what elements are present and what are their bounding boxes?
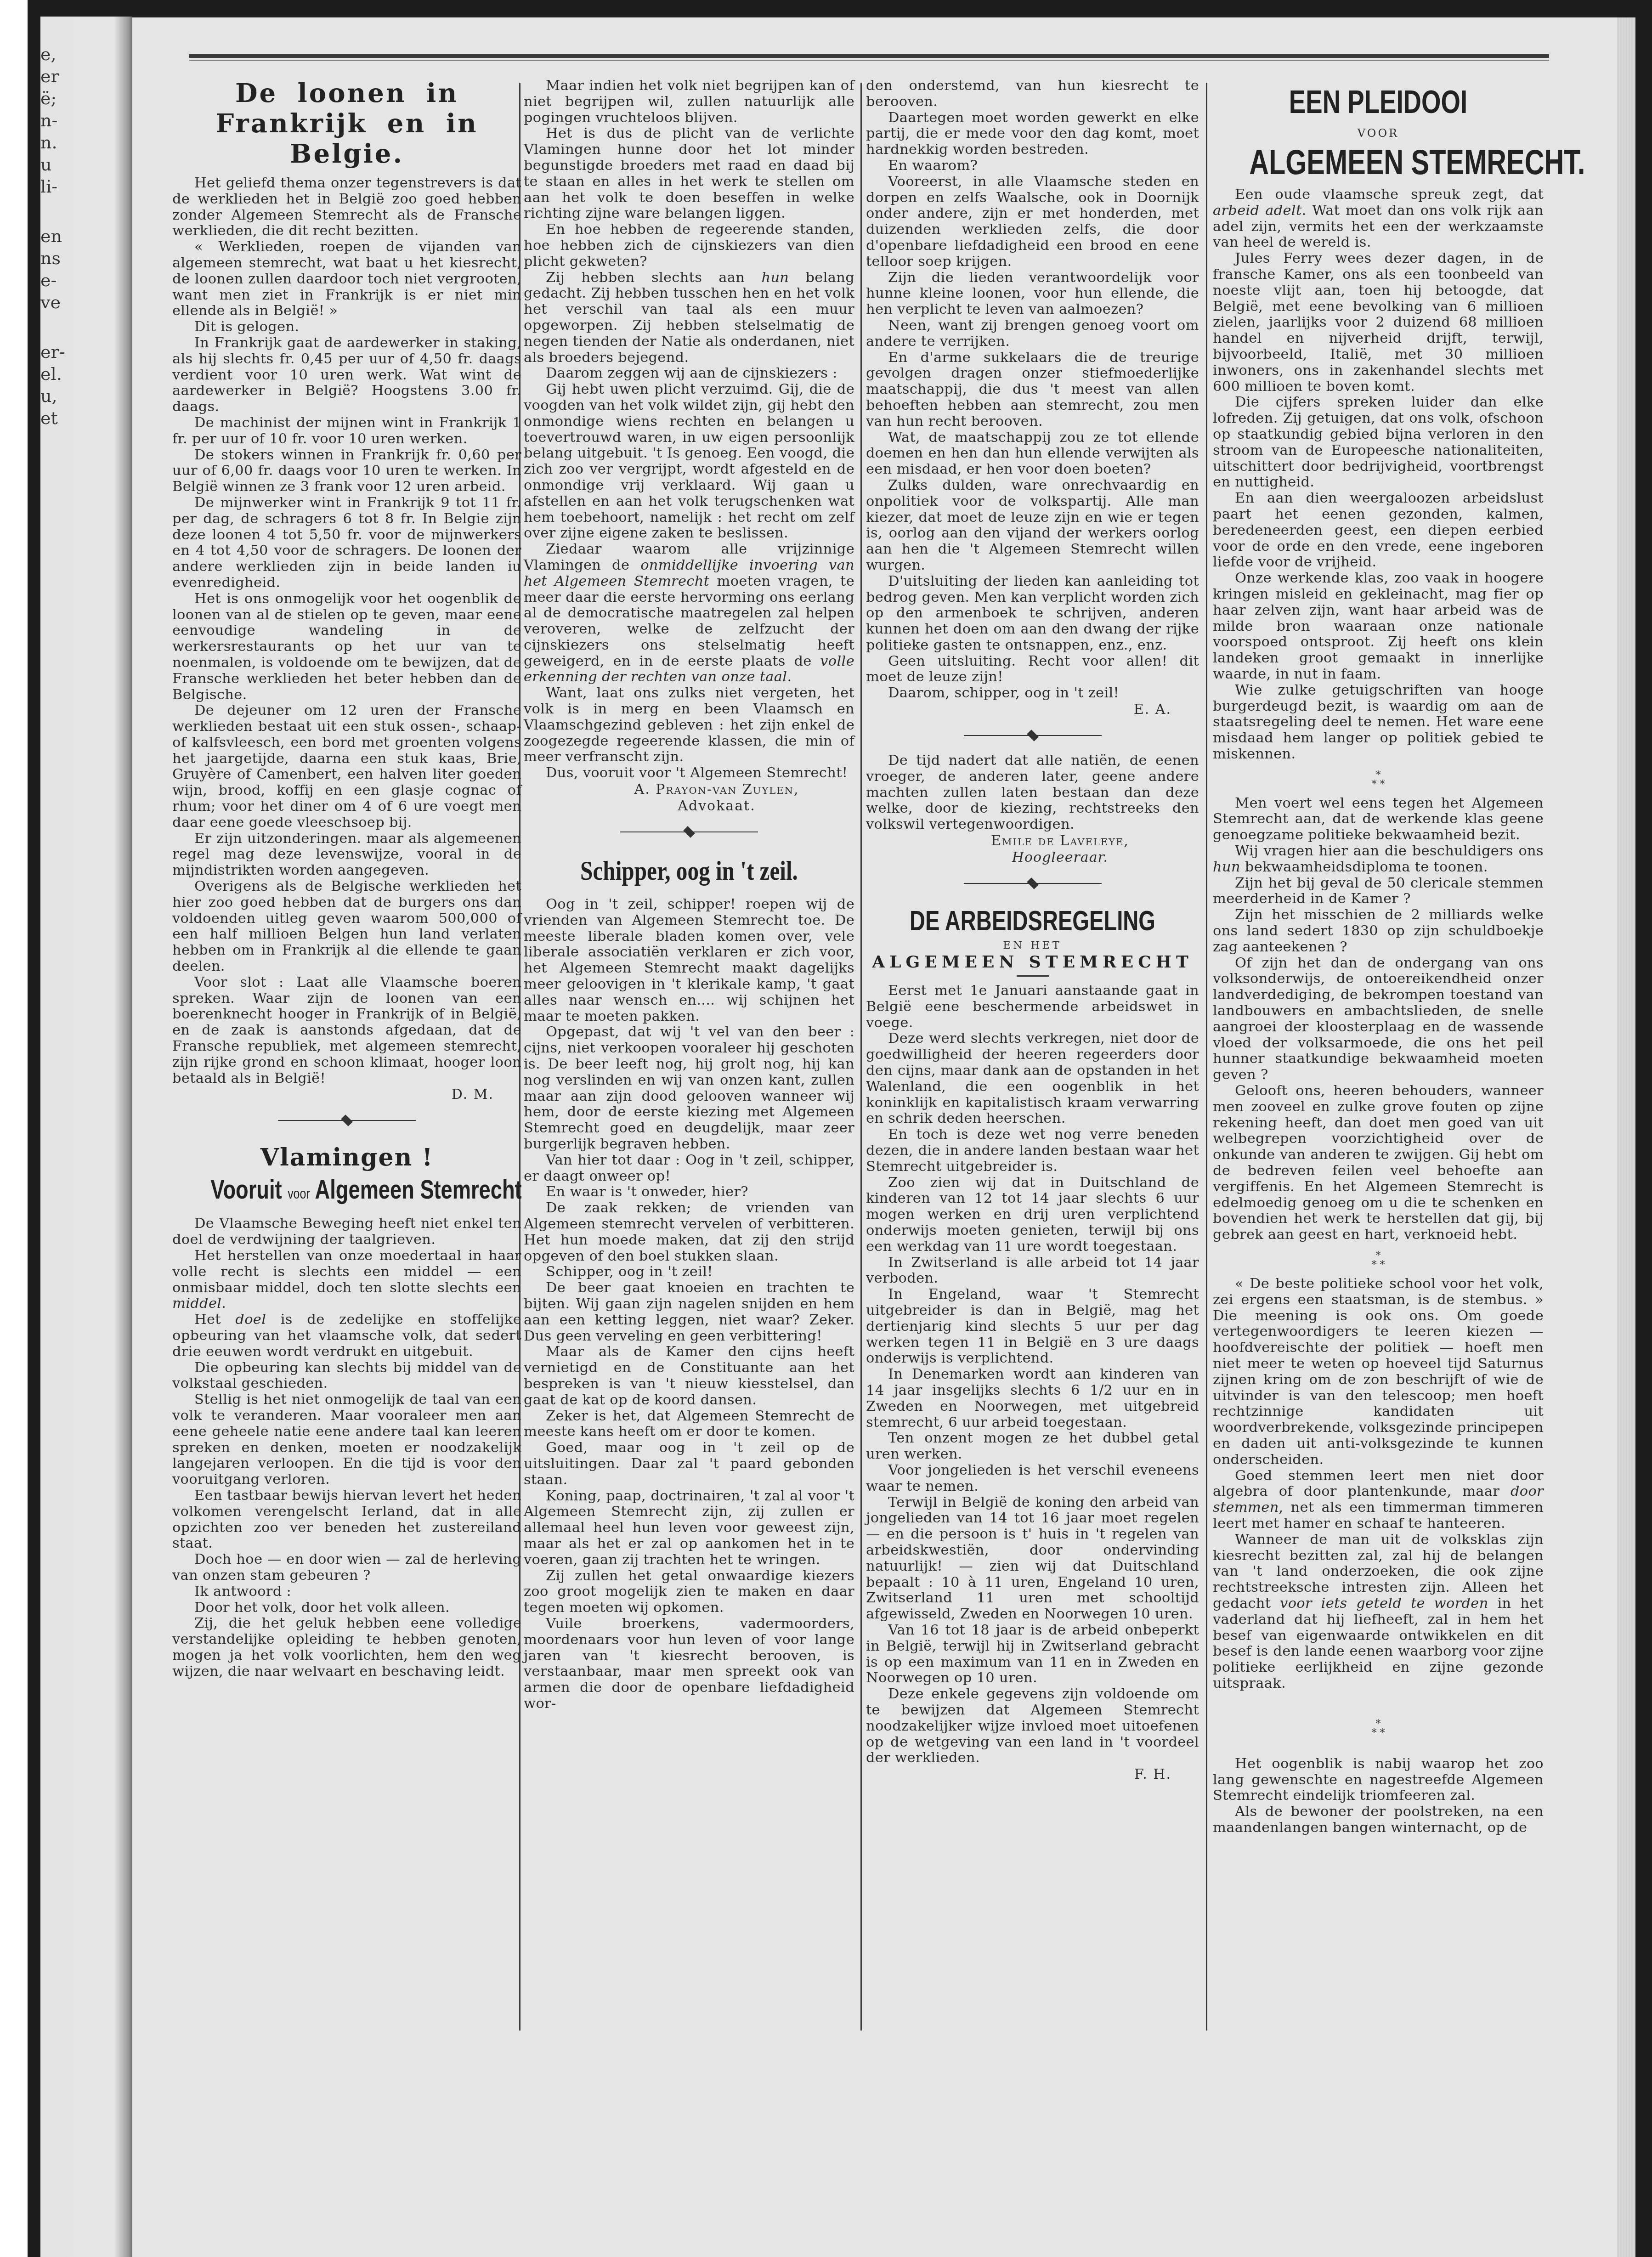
paragraph: Zulks dulden, ware onrechvaardig en onpo… [866, 478, 1199, 574]
paragraph: Gelooft ons, heeren behouders, wanneer m… [1213, 1083, 1544, 1243]
column-4: EEN PLEIDOOI VOOR ALGEMEEN STEMRECHT. Ee… [1213, 78, 1544, 1836]
paragraph: Zij hebben slechts aan hun belang gedach… [524, 270, 854, 366]
article-signature: D. M. [172, 1086, 521, 1103]
paragraph: « De beste politieke school voor het vol… [1213, 1276, 1544, 1468]
page-edge [1617, 17, 1635, 2257]
article-title: DE ARBEIDSREGELING [906, 905, 1159, 937]
column-3: den onderstemd, van hun kiesrecht te ber… [866, 78, 1199, 1783]
previous-page-text: n- [40, 110, 57, 130]
paragraph: De dejeuner om 12 uren der Fransche werk… [172, 703, 521, 831]
article-body: Men voert wel eens tegen het Algemeen St… [1213, 796, 1544, 1243]
article-subtitle-small: VOOR [1213, 127, 1544, 140]
previous-page-text: er [40, 66, 59, 86]
paragraph: Want, laat ons zulks niet vergeten, het … [524, 685, 854, 765]
paragraph: Gij hebt uwen plicht verzuimd. Gij, die … [524, 382, 854, 542]
scan-border [28, 0, 1652, 18]
asterism-divider: ** * [1213, 1720, 1544, 1738]
article-schipper: Schipper, oog in 't zeil. Oog in 't zeil… [524, 855, 854, 1712]
previous-page-text: e, [40, 44, 57, 64]
paragraph: Zeker is het, dat Algemeen Stemrecht de … [524, 1409, 854, 1441]
header-rule [189, 60, 1549, 61]
article-subtitle: ALGEMEEN STEMRECHT. [1249, 142, 1507, 182]
paragraph: Dit is gelogen. [172, 319, 521, 335]
column-divider [860, 83, 862, 2031]
paragraph: Het geliefd thema onzer tegenstrevers is… [172, 175, 521, 239]
paragraph: Onze werkende klas, zoo vaak in hoogere … [1213, 571, 1544, 683]
section-divider-ornament [964, 726, 1102, 745]
previous-page-text: ns [40, 248, 61, 268]
paragraph: Oog in 't zeil, schipper! roepen wij de … [524, 897, 854, 1024]
previous-page-text: n. [40, 132, 57, 153]
paragraph: En hoe hebben de regeerende standen, hoe… [524, 222, 854, 270]
previous-page-text: e- [40, 270, 57, 290]
paragraph: Neen, want zij brengen genoeg voort om a… [866, 318, 1199, 350]
article-body: Het geliefd thema onzer tegenstrevers is… [172, 175, 521, 1086]
article-pleidooi: EEN PLEIDOOI VOOR ALGEMEEN STEMRECHT. Ee… [1213, 84, 1544, 1836]
signature-title: Hoogleeraar. [1012, 849, 1108, 865]
paragraph: Overigens als de Belgische werklieden he… [172, 879, 521, 975]
article-body: De Vlaamsche Beweging heeft niet enkel t… [172, 1216, 521, 1680]
article-body: Maar indien het volk niet begrijpen kan … [524, 78, 854, 781]
article-body: Oog in 't zeil, schipper! roepen wij de … [524, 897, 854, 1712]
article-title: Vooruit voor Algemeen Stemrecht [211, 1174, 483, 1205]
article-subtitle-small: EN HET [866, 940, 1199, 951]
paragraph: Men voert wel eens tegen het Algemeen St… [1213, 796, 1544, 843]
paragraph: Die opbeuring kan slechts bij middel van… [172, 1360, 521, 1392]
paragraph: Zoo zien wij dat in Duitschland de kinde… [866, 1175, 1199, 1255]
paragraph: Het herstellen van onze moedertaal in ha… [172, 1248, 521, 1312]
section-divider-ornament [278, 1111, 416, 1130]
paragraph: De beer gaat knoeien en trachten te bijt… [524, 1280, 854, 1344]
article-body: « De beste politieke school voor het vol… [1213, 1276, 1544, 1692]
previous-page-edge: e,erë;n-n.uli-ennse-veer-el.u,et [40, 17, 132, 2257]
signature-title: Advokaat. [579, 798, 854, 815]
paragraph: Wij vragen hier aan die beschuldigers on… [1213, 843, 1544, 876]
paragraph: Doch hoe — en door wien — zal de herlevi… [172, 1552, 521, 1584]
asterism-divider: ** * [1213, 1251, 1544, 1270]
paragraph: Schipper, oog in 't zeil! [524, 1264, 854, 1280]
article-subtitle: ALGEMEEN STEMRECHT [866, 952, 1199, 972]
paragraph: En waarom? [866, 158, 1199, 174]
signature-name: Emile de Laveleye, [921, 833, 1199, 849]
paragraph: Koning, paap, doctrinairen, 't zal al vo… [524, 1488, 854, 1568]
paragraph: En aan dien weergaloozen arbeidslust paa… [1213, 491, 1544, 571]
paragraph: Daartegen moet worden gewerkt en elke pa… [866, 110, 1199, 158]
quote-text: De tijd nadert dat alle natiën, de eenen… [866, 753, 1199, 833]
title-part: Algemeen Stemrecht [315, 1175, 522, 1205]
article-signature: E. A. [866, 701, 1199, 718]
paragraph: Stellig is het niet onmogelijk de taal v… [172, 1392, 521, 1488]
previous-page-text: ve [40, 292, 61, 312]
article-vlamingen-continued: Maar indien het volk niet begrijpen kan … [524, 78, 854, 815]
paragraph: De Vlaamsche Beweging heeft niet enkel t… [172, 1216, 521, 1248]
paragraph: D'uitsluiting der lieden kan aanleiding … [866, 574, 1199, 654]
paragraph: den onderstemd, van hun kiesrecht te ber… [866, 78, 1199, 110]
scan-border [1635, 0, 1652, 2257]
paragraph: Als de bewoner der poolstreken, na een m… [1213, 1804, 1544, 1836]
scan-border [28, 0, 41, 2257]
paragraph: De machinist der mijnen wint in Frankrij… [172, 415, 521, 447]
article-arbeidsregeling: DE ARBEIDSREGELING EN HET ALGEMEEN STEMR… [866, 905, 1199, 1783]
paragraph: Een oude vlaamsche spreuk zegt, dat arbe… [1213, 187, 1544, 251]
previous-page-text: el. [40, 364, 62, 384]
paragraph: Geen uitsluiting. Recht voor allen! dit … [866, 654, 1199, 686]
article-vlamingen: Vlamingen ! Vooruit voor Algemeen Stemre… [172, 1143, 521, 1680]
paragraph: In Engeland, waar 't Stemrecht uitgebrei… [866, 1287, 1199, 1367]
paragraph: Zijn die lieden verantwoordelijk voor hu… [866, 270, 1199, 318]
paragraph: Het is dus de plicht van de verlichte Vl… [524, 126, 854, 222]
article-schipper-continued: den onderstemd, van hun kiesrecht te ber… [866, 78, 1199, 718]
signature-name: A. Prayon-van Zuylen, [579, 781, 854, 798]
title-part: voor [288, 1185, 310, 1202]
paragraph: Zijn het misschien de 2 milliards welke … [1213, 907, 1544, 955]
previous-page-text: er- [40, 342, 65, 362]
paragraph: Ten onzent mogen ze het dubbel getal ure… [866, 1431, 1199, 1463]
article-body: den onderstemd, van hun kiesrecht te ber… [866, 78, 1199, 701]
article-title: Schipper, oog in 't zeil. [554, 855, 825, 887]
paragraph: Wanneer de man uit de volksklas zijn kie… [1213, 1532, 1544, 1692]
paragraph: Wat, de maatschappij zou ze tot ellende … [866, 430, 1199, 478]
column-divider [1206, 83, 1207, 2031]
paragraph: Het is ons onmogelijk voor het oogenblik… [172, 591, 521, 703]
paragraph: Vooreerst, in alle Vlaamsche steden en d… [866, 174, 1199, 270]
quote-signature: Emile de Laveleye, Hoogleeraar. [866, 833, 1199, 866]
article-body: Een oude vlaamsche spreuk zegt, dat arbe… [1213, 187, 1544, 763]
previous-page-text: u, [40, 386, 57, 406]
paragraph: Een tastbaar bewijs hiervan levert het h… [172, 1488, 521, 1552]
previous-page-text: en [40, 226, 62, 246]
paragraph: De mijnwerker wint in Frankrijk 9 tot 11… [172, 495, 521, 591]
paragraph: En waar is 't onweder, hier? [524, 1184, 854, 1200]
paragraph: In Zwitserland is alle arbeid tot 14 jaa… [866, 1255, 1199, 1287]
paragraph: Die cijfers spreken luider dan elke lofr… [1213, 395, 1544, 491]
paragraph: Vuile broerkens, vadermoorders, moordena… [524, 1616, 854, 1712]
previous-page-text: ë; [40, 88, 57, 108]
paragraph: Daarom, schipper, oog in 't zeil! [866, 685, 1199, 701]
paragraph: Het doel is de zedelijke en stoffelijke … [172, 1312, 521, 1360]
article-body: Eerst met 1e Januari aanstaande gaat in … [866, 983, 1199, 1766]
paragraph: Ziedaar waarom alle vrijzinnige Vlaminge… [524, 542, 854, 685]
paragraph: En d'arme sukkelaars die de treurige gev… [866, 350, 1199, 430]
section-divider-ornament [964, 874, 1102, 893]
paragraph: « Werklieden, roepen de vijanden van alg… [172, 239, 521, 319]
paragraph: Ik antwoord : [172, 1584, 521, 1600]
paragraph: Zij zullen het getal onwaardige kiezers … [524, 1568, 854, 1616]
paragraph: Jules Ferry wees dezer dagen, in de fran… [1213, 251, 1544, 395]
paragraph: Maar als de Kamer den cijns heeft vernie… [524, 1344, 854, 1408]
paragraph: Eerst met 1e Januari aanstaande gaat in … [866, 983, 1199, 1031]
asterism-divider: ** * [1213, 771, 1544, 789]
paragraph: Van 16 tot 18 jaar is de arbeid onbeperk… [866, 1623, 1199, 1686]
article-loonen: De loonen in Frankrijk en in Belgie. Het… [172, 78, 521, 1103]
previous-page-text: et [40, 408, 58, 428]
previous-page-text: u [40, 154, 51, 175]
paragraph: Door het volk, door het volk alleen. [172, 1600, 521, 1616]
title-rule [1017, 975, 1049, 977]
paragraph: Of zijn het dan de ondergang van ons vol… [1213, 956, 1544, 1083]
paragraph: Opgepast, dat wij 't vel van den beer : … [524, 1024, 854, 1152]
paragraph: In Frankrijk gaat de aardewerker in stak… [172, 335, 521, 415]
paragraph: Terwijl in België de koning den arbeid v… [866, 1495, 1199, 1623]
paragraph: Wie zulke getuigschriften van hooge burg… [1213, 683, 1544, 763]
paragraph: Goed stemmen leert men niet door algebra… [1213, 1468, 1544, 1532]
column-1: De loonen in Frankrijk en in Belgie. Het… [172, 78, 521, 1680]
paragraph: Goed, maar oog in 't zeil op de uitsluit… [524, 1440, 854, 1488]
article-body: Het oogenblik is nabij waarop het zoo la… [1213, 1756, 1544, 1836]
article-signature: A. Prayon-van Zuylen, Advokaat. [524, 781, 854, 815]
article-signature: F. H. [866, 1766, 1199, 1783]
paragraph: Voor jongelieden is het verschil eveneen… [866, 1463, 1199, 1495]
quote-laveleye: De tijd nadert dat alle natiën, de eenen… [866, 753, 1199, 866]
paragraph: Het oogenblik is nabij waarop het zoo la… [1213, 1756, 1544, 1804]
article-title: EEN PLEIDOOI [1249, 84, 1507, 120]
paragraph: In Denemarken wordt aan kinderen van 14 … [866, 1367, 1199, 1431]
paragraph: Voor slot : Laat alle Vlaamsche boeren s… [172, 975, 521, 1087]
title-part: Vooruit [211, 1175, 282, 1205]
header-rule [189, 54, 1549, 58]
previous-page-text: li- [40, 176, 57, 197]
section-divider-ornament [620, 823, 758, 841]
paragraph: Deze enkele gegevens zijn voldoende om t… [866, 1686, 1199, 1766]
paragraph: De zaak rekken; de vrienden van Algemeen… [524, 1200, 854, 1264]
paragraph: Deze werd slechts verkregen, niet door d… [866, 1031, 1199, 1127]
paragraph: Van hier tot daar : Oog in 't zeil, schi… [524, 1153, 854, 1185]
paragraph: Dus, vooruit voor 't Algemeen Stemrecht! [524, 765, 854, 781]
paragraph: En toch is deze wet nog verre beneden de… [866, 1127, 1199, 1175]
paragraph: Daarom zeggen wij aan de cijnskiezers : [524, 366, 854, 382]
paragraph: Er zijn uitzonderingen. maar als algemee… [172, 831, 521, 879]
article-title: De loonen in Frankrijk en in Belgie. [172, 78, 521, 169]
paragraph: De stokers winnen in Frankrijk fr. 0,60 … [172, 447, 521, 495]
paragraph: Zijn het bij geval de 50 clericale stemm… [1213, 876, 1544, 908]
paragraph: Zij, die het geluk hebben eene volledige… [172, 1616, 521, 1680]
column-2: Maar indien het volk niet begrijpen kan … [524, 78, 854, 1712]
article-kicker: Vlamingen ! [172, 1143, 521, 1171]
paragraph: Maar indien het volk niet begrijpen kan … [524, 78, 854, 126]
